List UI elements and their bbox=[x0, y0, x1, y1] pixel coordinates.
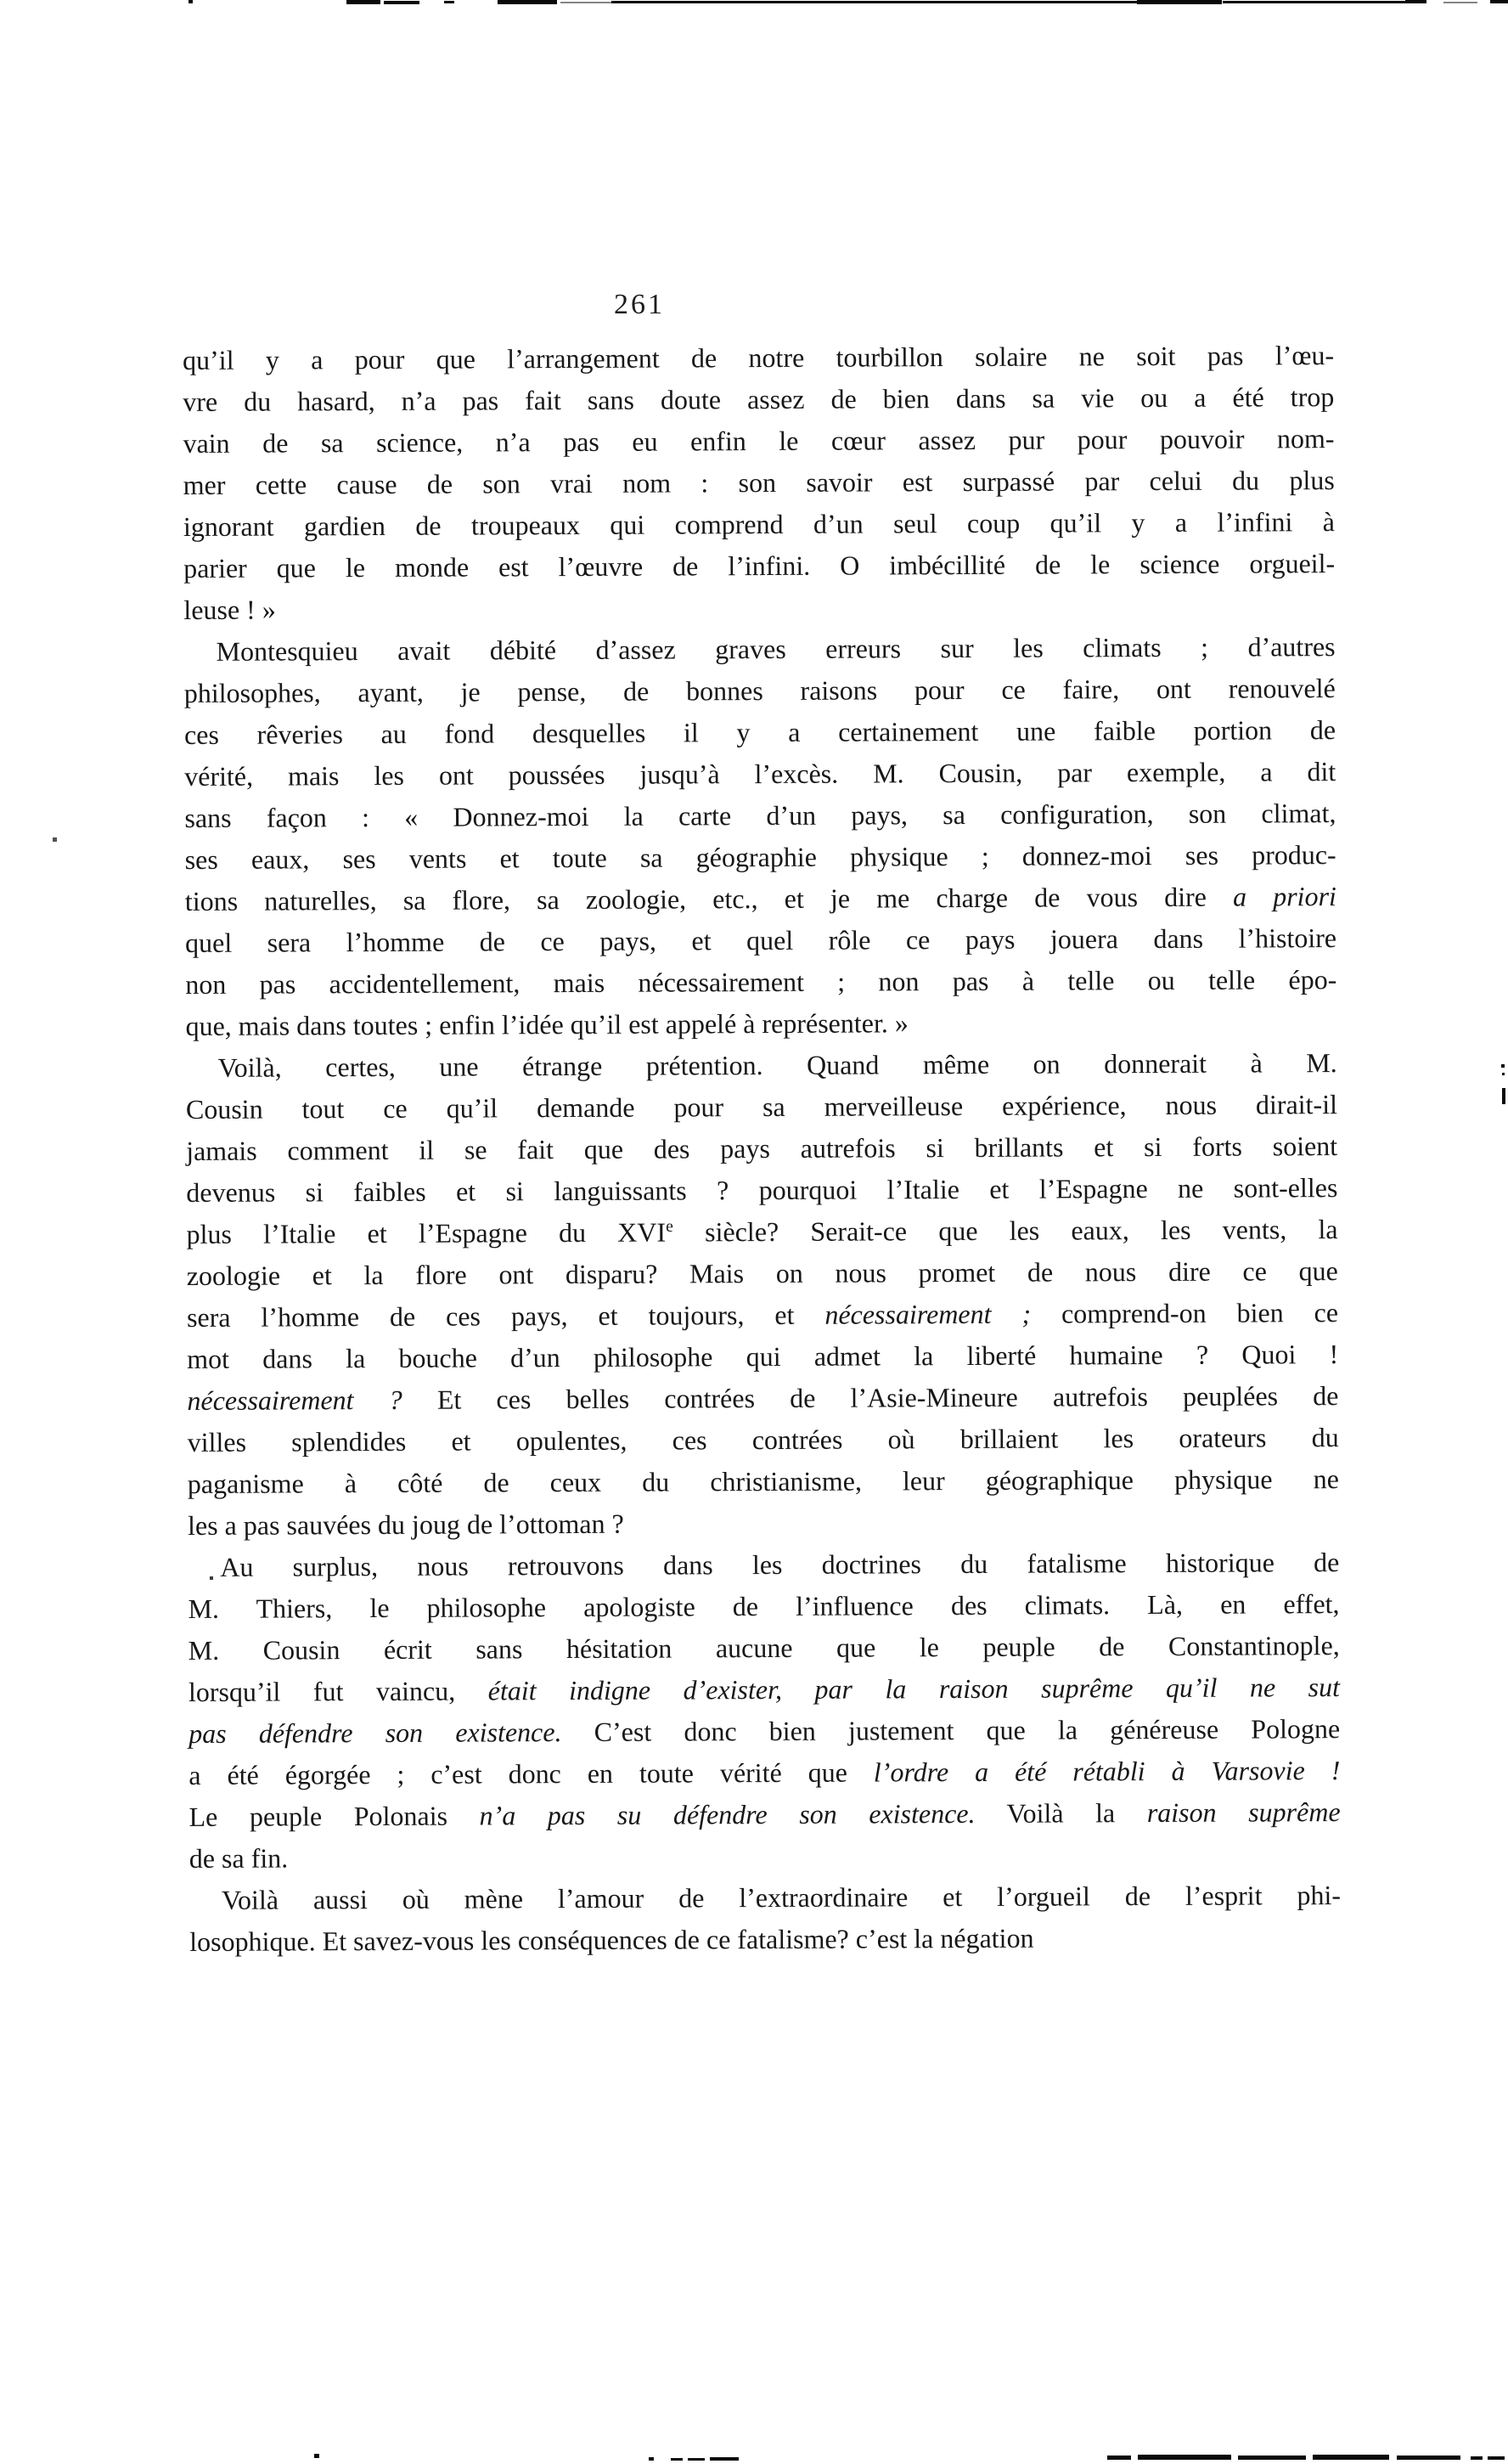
text-segment: qu’il y a pour que l’arrangement de notr… bbox=[183, 340, 1334, 375]
text-line: devenus si faibles et si languissants ? … bbox=[186, 1167, 1337, 1214]
text-line: paganisme à côté de ceux du christianism… bbox=[188, 1458, 1339, 1505]
text-segment: Cousin tout ce qu’il demande pour sa mer… bbox=[186, 1089, 1337, 1125]
text-line: Voilà, certes, une étrange prétention. Q… bbox=[186, 1042, 1337, 1089]
text-line: ses eaux, ses vents et toute sa géograph… bbox=[185, 834, 1336, 881]
text-line: vain de sa science, n’a pas eu enfin le … bbox=[183, 418, 1334, 465]
text-segment: lorsqu’il fut vaincu, bbox=[188, 1675, 488, 1707]
scan-edge-mark bbox=[1223, 1, 1405, 3]
text-line: sera l’homme de ces pays, et toujours, e… bbox=[187, 1292, 1338, 1339]
text-line: losophique. Et savez-vous les conséquenc… bbox=[189, 1916, 1341, 1963]
text-segment: Et ces belles contrées de l’Asie-Mineure… bbox=[402, 1380, 1339, 1415]
paragraph: Montesquieu avait débité d’assez graves … bbox=[183, 626, 1336, 1047]
scan-edge-mark bbox=[314, 2454, 319, 2458]
text-line: vre du hasard, n’a pas fait sans doute a… bbox=[183, 376, 1334, 423]
scan-edge-mark bbox=[1137, 0, 1222, 4]
scan-edge-mark bbox=[611, 1, 1138, 3]
text-line: pas défendre son existence. C’est donc b… bbox=[188, 1708, 1340, 1755]
text-segment: non pas accidentellement, mais nécessair… bbox=[185, 964, 1336, 1000]
text-segment: M. Cousin écrit sans hésitation aucune q… bbox=[188, 1630, 1340, 1666]
text-line: mot dans la bouche d’un philosophe qui a… bbox=[187, 1333, 1338, 1380]
scan-edge-mark bbox=[671, 2458, 683, 2461]
italic-text-segment: l’ordre a été rétabli à Varsovie ! bbox=[874, 1755, 1341, 1787]
text-segment: mot dans la bouche d’un philosophe qui a… bbox=[187, 1339, 1338, 1374]
italic-text-segment: raison suprême bbox=[1147, 1796, 1341, 1828]
text-line: nécessairement ? Et ces belles contrées … bbox=[187, 1375, 1338, 1422]
text-line: sans façon : « Donnez-moi la carte d’un … bbox=[184, 792, 1336, 839]
scan-edge-mark bbox=[498, 0, 557, 4]
scan-edge-mark bbox=[1313, 2455, 1389, 2460]
italic-text-segment: a priori bbox=[1233, 881, 1336, 912]
scan-edge-mark bbox=[710, 2457, 739, 2461]
scan-edge-mark bbox=[1405, 0, 1426, 3]
text-segment: tions naturelles, sa flore, sa zoologie,… bbox=[185, 882, 1233, 916]
scan-edge-mark bbox=[1501, 1064, 1505, 1068]
scan-edge-mark bbox=[1107, 2456, 1131, 2460]
scan-edge-mark bbox=[444, 1, 454, 3]
text-segment: vain de sa science, n’a pas eu enfin le … bbox=[183, 423, 1334, 459]
text-segment: Le peuple Polonais bbox=[189, 1800, 480, 1831]
text-line: Le peuple Polonais n’a pas su défendre s… bbox=[188, 1791, 1340, 1838]
text-segment: Voilà la bbox=[975, 1797, 1146, 1829]
text-line: ignorant gardien de troupeaux qui compre… bbox=[183, 501, 1335, 548]
text-segment: ces rêveries au fond desquelles il y a c… bbox=[184, 714, 1336, 750]
text-line: de sa fin. bbox=[189, 1833, 1341, 1880]
text-line: mer cette cause de son vrai nom : son sa… bbox=[183, 460, 1335, 506]
text-segment: villes splendides et opulentes, ces cont… bbox=[188, 1422, 1339, 1458]
scan-edge-mark bbox=[1471, 2456, 1483, 2460]
text-segment: leuse ! » bbox=[183, 595, 276, 625]
text-line: que, mais dans toutes ; enfin l’idée qu’… bbox=[185, 1001, 1336, 1047]
text-line: non pas accidentellement, mais nécessair… bbox=[185, 959, 1336, 1006]
text-segment: sera l’homme de ces pays, et toujours, e… bbox=[187, 1300, 825, 1333]
text-line: ces rêveries au fond desquelles il y a c… bbox=[184, 709, 1336, 756]
scan-edge-mark bbox=[688, 2458, 705, 2461]
text-segment: paganisme à côté de ceux du christianism… bbox=[188, 1463, 1339, 1499]
text-segment: ignorant gardien de troupeaux qui compre… bbox=[183, 506, 1335, 542]
text-segment: vérité, mais les ont poussées jusqu’à l’… bbox=[184, 756, 1336, 792]
scan-edge-mark bbox=[1502, 1073, 1505, 1075]
text-segment: Voilà, certes, une étrange prétention. Q… bbox=[218, 1047, 1337, 1083]
text-segment: philosophes, ayant, je pense, de bonnes … bbox=[184, 673, 1336, 708]
text-segment: quel sera l’homme de ce pays, et quel rô… bbox=[185, 922, 1336, 958]
text-line: jamais comment il se fait que des pays a… bbox=[186, 1125, 1337, 1172]
text-segment: mer cette cause de son vrai nom : son sa… bbox=[183, 465, 1335, 500]
text-line: M. Thiers, le philosophe apologiste de l… bbox=[188, 1583, 1339, 1630]
scan-edge-mark bbox=[384, 1, 419, 4]
text-segment: Au surplus, nous retrouvons dans les doc… bbox=[220, 1547, 1339, 1582]
text-line: Au surplus, nous retrouvons dans les doc… bbox=[188, 1542, 1339, 1588]
scan-edge-mark bbox=[53, 837, 57, 842]
text-segment: parier que le monde est l’œuvre de l’inf… bbox=[183, 548, 1335, 584]
scan-edge-mark bbox=[1397, 2456, 1460, 2460]
text-line: vérité, mais les ont poussées jusqu’à l’… bbox=[184, 751, 1336, 798]
scan-edge-mark bbox=[188, 0, 193, 3]
text-line: a été égorgée ; c’est donc en toute véri… bbox=[188, 1750, 1340, 1796]
italic-text-segment: était indigne d’exister, par la raison s… bbox=[488, 1672, 1340, 1706]
text-segment: sans façon : « Donnez-moi la carte d’un … bbox=[184, 798, 1336, 833]
text-block: qu’il y a pour que l’arrangement de notr… bbox=[183, 335, 1341, 1963]
scan-edge-mark bbox=[346, 0, 380, 4]
text-segment: siècle? Serait-ce que les eaux, les vent… bbox=[673, 1214, 1338, 1247]
text-segment: zoologie et la flore ont disparu? Mais o… bbox=[187, 1255, 1338, 1291]
scan-edge-mark bbox=[1138, 2455, 1231, 2460]
text-segment: devenus si faibles et si languissants ? … bbox=[186, 1172, 1337, 1208]
paragraph: Au surplus, nous retrouvons dans les doc… bbox=[188, 1542, 1341, 1880]
paragraph: Voilà, certes, une étrange prétention. Q… bbox=[186, 1042, 1340, 1547]
text-segment: jamais comment il se fait que des pays a… bbox=[186, 1131, 1337, 1166]
text-line: M. Cousin écrit sans hésitation aucune q… bbox=[188, 1625, 1340, 1672]
scan-edge-mark bbox=[649, 2457, 654, 2461]
text-segment: vre du hasard, n’a pas fait sans doute a… bbox=[183, 381, 1334, 417]
page-number: 261 bbox=[603, 289, 676, 321]
text-segment: losophique. Et savez-vous les conséquenc… bbox=[189, 1923, 1033, 1957]
text-line: zoologie et la flore ont disparu? Mais o… bbox=[187, 1250, 1338, 1297]
italic-text-segment: nécessairement ? bbox=[187, 1384, 402, 1416]
text-segment: comprend-on bien ce bbox=[1031, 1297, 1338, 1329]
text-segment: M. Thiers, le philosophe apologiste de l… bbox=[188, 1588, 1339, 1624]
italic-text-segment: nécessairement ; bbox=[824, 1299, 1031, 1330]
scan-edge-mark bbox=[1443, 2, 1477, 3]
scan-edge-mark bbox=[1502, 1088, 1505, 1104]
text-line: leuse ! » bbox=[183, 584, 1335, 631]
text-line: villes splendides et opulentes, ces cont… bbox=[188, 1417, 1339, 1463]
text-line: les a pas sauvées du joug de l’ottoman ? bbox=[188, 1500, 1339, 1547]
scan-edge-mark bbox=[1490, 0, 1508, 3]
scanned-book-page: 261 qu’il y a pour que l’arrangement de … bbox=[0, 0, 1508, 2464]
text-segment: les a pas sauvées du joug de l’ottoman ? bbox=[188, 1508, 624, 1541]
scan-edge-mark bbox=[1488, 2456, 1505, 2460]
italic-text-segment: pas défendre son existence. bbox=[188, 1717, 562, 1749]
text-line: Montesquieu avait débité d’assez graves … bbox=[183, 626, 1335, 673]
paragraph: Voilà aussi où mène l’amour de l’extraor… bbox=[189, 1875, 1341, 1963]
text-segment: ses eaux, ses vents et toute sa géograph… bbox=[185, 839, 1336, 875]
text-line: tions naturelles, sa flore, sa zoologie,… bbox=[185, 876, 1336, 922]
scan-edge-mark bbox=[560, 2, 611, 3]
text-line: plus l’Italie et l’Espagne du XVIe siècl… bbox=[186, 1209, 1337, 1255]
text-line: Cousin tout ce qu’il demande pour sa mer… bbox=[186, 1084, 1337, 1131]
text-segment: C’est donc bien justement que la généreu… bbox=[561, 1713, 1340, 1747]
text-line: quel sera l’homme de ce pays, et quel rô… bbox=[185, 917, 1336, 964]
scan-edge-mark bbox=[1238, 2456, 1306, 2460]
text-line: Voilà aussi où mène l’amour de l’extraor… bbox=[189, 1875, 1341, 1921]
text-segment: Voilà aussi où mène l’amour de l’extraor… bbox=[222, 1880, 1341, 1915]
italic-text-segment: n’a pas su défendre son existence. bbox=[480, 1798, 976, 1831]
text-segment: de sa fin. bbox=[189, 1842, 289, 1874]
text-segment: plus l’Italie et l’Espagne du XVI bbox=[187, 1217, 667, 1249]
text-segment: a été égorgée ; c’est donc en toute véri… bbox=[188, 1756, 874, 1790]
scan-edge-mark bbox=[210, 1576, 213, 1580]
text-segment: Montesquieu avait débité d’assez graves … bbox=[217, 631, 1336, 667]
text-segment: que, mais dans toutes ; enfin l’idée qu’… bbox=[185, 1007, 908, 1041]
text-line: parier que le monde est l’œuvre de l’inf… bbox=[183, 543, 1335, 589]
paragraph: qu’il y a pour que l’arrangement de notr… bbox=[183, 335, 1335, 631]
text-line: qu’il y a pour que l’arrangement de notr… bbox=[183, 335, 1334, 381]
text-line: philosophes, ayant, je pense, de bonnes … bbox=[184, 668, 1336, 714]
text-line: lorsqu’il fut vaincu, était indigne d’ex… bbox=[188, 1666, 1340, 1713]
